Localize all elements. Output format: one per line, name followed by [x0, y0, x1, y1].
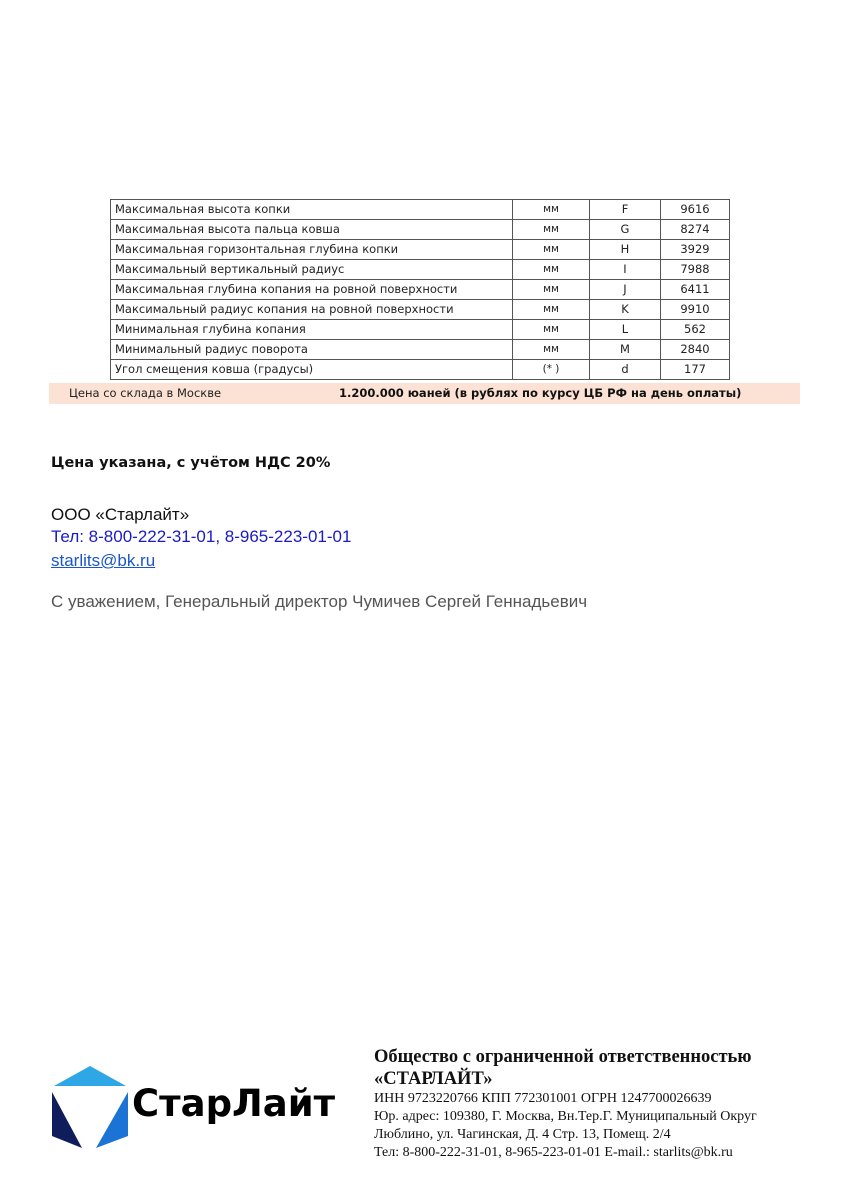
- requisites-title: Общество с ограниченной ответственностью: [374, 1046, 757, 1068]
- spec-name: Максимальная высота копки: [111, 200, 513, 220]
- spec-value: 2840: [661, 340, 730, 360]
- requisites-company: «СТАРЛАЙТ»: [374, 1068, 757, 1090]
- spec-value: 9910: [661, 300, 730, 320]
- spec-value: 8274: [661, 220, 730, 240]
- spec-name: Максимальная глубина копания на ровной п…: [111, 280, 513, 300]
- spec-value: 9616: [661, 200, 730, 220]
- signature: С уважением, Генеральный директор Чумиче…: [51, 592, 587, 612]
- spec-unit: мм: [513, 240, 590, 260]
- spec-name: Максимальная горизонтальная глубина копк…: [111, 240, 513, 260]
- spec-code: J: [590, 280, 661, 300]
- spec-name: Минимальная глубина копания: [111, 320, 513, 340]
- spec-name: Минимальный радиус поворота: [111, 340, 513, 360]
- spec-value: 6411: [661, 280, 730, 300]
- requisites-address-2: Люблино, ул. Чагинская, Д. 4 Стр. 13, По…: [374, 1126, 757, 1144]
- company-phone: Тел: 8-800-222-31-01, 8-965-223-01-01: [51, 527, 351, 547]
- spec-name: Угол смещения ковша (градусы): [111, 360, 513, 380]
- spec-code: I: [590, 260, 661, 280]
- spec-code: G: [590, 220, 661, 240]
- spec-unit: мм: [513, 340, 590, 360]
- spec-code: M: [590, 340, 661, 360]
- spec-name: Максимальная высота пальца ковша: [111, 220, 513, 240]
- spec-name: Максимальный радиус копания на ровной по…: [111, 300, 513, 320]
- spec-code: H: [590, 240, 661, 260]
- table-row: Минимальная глубина копания мм L 562: [111, 320, 730, 340]
- requisites-contacts: Тел: 8-800-222-31-01, 8-965-223-01-01 E-…: [374, 1144, 757, 1162]
- spec-unit: мм: [513, 320, 590, 340]
- email-link[interactable]: starlits@bk.ru: [51, 551, 155, 571]
- spec-unit: мм: [513, 280, 590, 300]
- requisites-address-1: Юр. адрес: 109380, Г. Москва, Вн.Тер.Г. …: [374, 1108, 757, 1126]
- spec-value: 7988: [661, 260, 730, 280]
- price-bar: Цена со склада в Москве 1.200.000 юаней …: [49, 383, 800, 404]
- spec-code: d: [590, 360, 661, 380]
- company-logo: СтарЛайт: [52, 1066, 352, 1162]
- price-value: 1.200.000 юаней (в рублях по курсу ЦБ РФ…: [339, 383, 741, 404]
- spec-unit: мм: [513, 300, 590, 320]
- spec-value: 3929: [661, 240, 730, 260]
- price-label: Цена со склада в Москве: [69, 383, 221, 404]
- table-row: Угол смещения ковша (градусы) (* ) d 177: [111, 360, 730, 380]
- table-row: Максимальная глубина копания на ровной п…: [111, 280, 730, 300]
- spec-unit: мм: [513, 260, 590, 280]
- logo-text: СтарЛайт: [132, 1082, 335, 1125]
- spec-name: Максимальный вертикальный радиус: [111, 260, 513, 280]
- specifications-table: Максимальная высота копки мм F 9616 Макс…: [110, 199, 730, 380]
- spec-unit: мм: [513, 220, 590, 240]
- table-row: Минимальный радиус поворота мм M 2840: [111, 340, 730, 360]
- table-row: Максимальный радиус копания на ровной по…: [111, 300, 730, 320]
- spec-unit: мм: [513, 200, 590, 220]
- table-row: Максимальная высота пальца ковша мм G 82…: [111, 220, 730, 240]
- spec-unit: (* ): [513, 360, 590, 380]
- spec-code: K: [590, 300, 661, 320]
- company-name: ООО «Старлайт»: [51, 505, 189, 525]
- spec-value: 562: [661, 320, 730, 340]
- table-row: Максимальная высота копки мм F 9616: [111, 200, 730, 220]
- starlight-logo-icon: [52, 1066, 128, 1156]
- requisites-ids: ИНН 9723220766 КПП 772301001 ОГРН 124770…: [374, 1090, 757, 1108]
- spec-value: 177: [661, 360, 730, 380]
- table-row: Максимальная горизонтальная глубина копк…: [111, 240, 730, 260]
- table-row: Максимальный вертикальный радиус мм I 79…: [111, 260, 730, 280]
- spec-code: L: [590, 320, 661, 340]
- vat-note: Цена указана, с учётом НДС 20%: [51, 455, 330, 471]
- company-requisites: Общество с ограниченной ответственностью…: [374, 1046, 757, 1162]
- spec-code: F: [590, 200, 661, 220]
